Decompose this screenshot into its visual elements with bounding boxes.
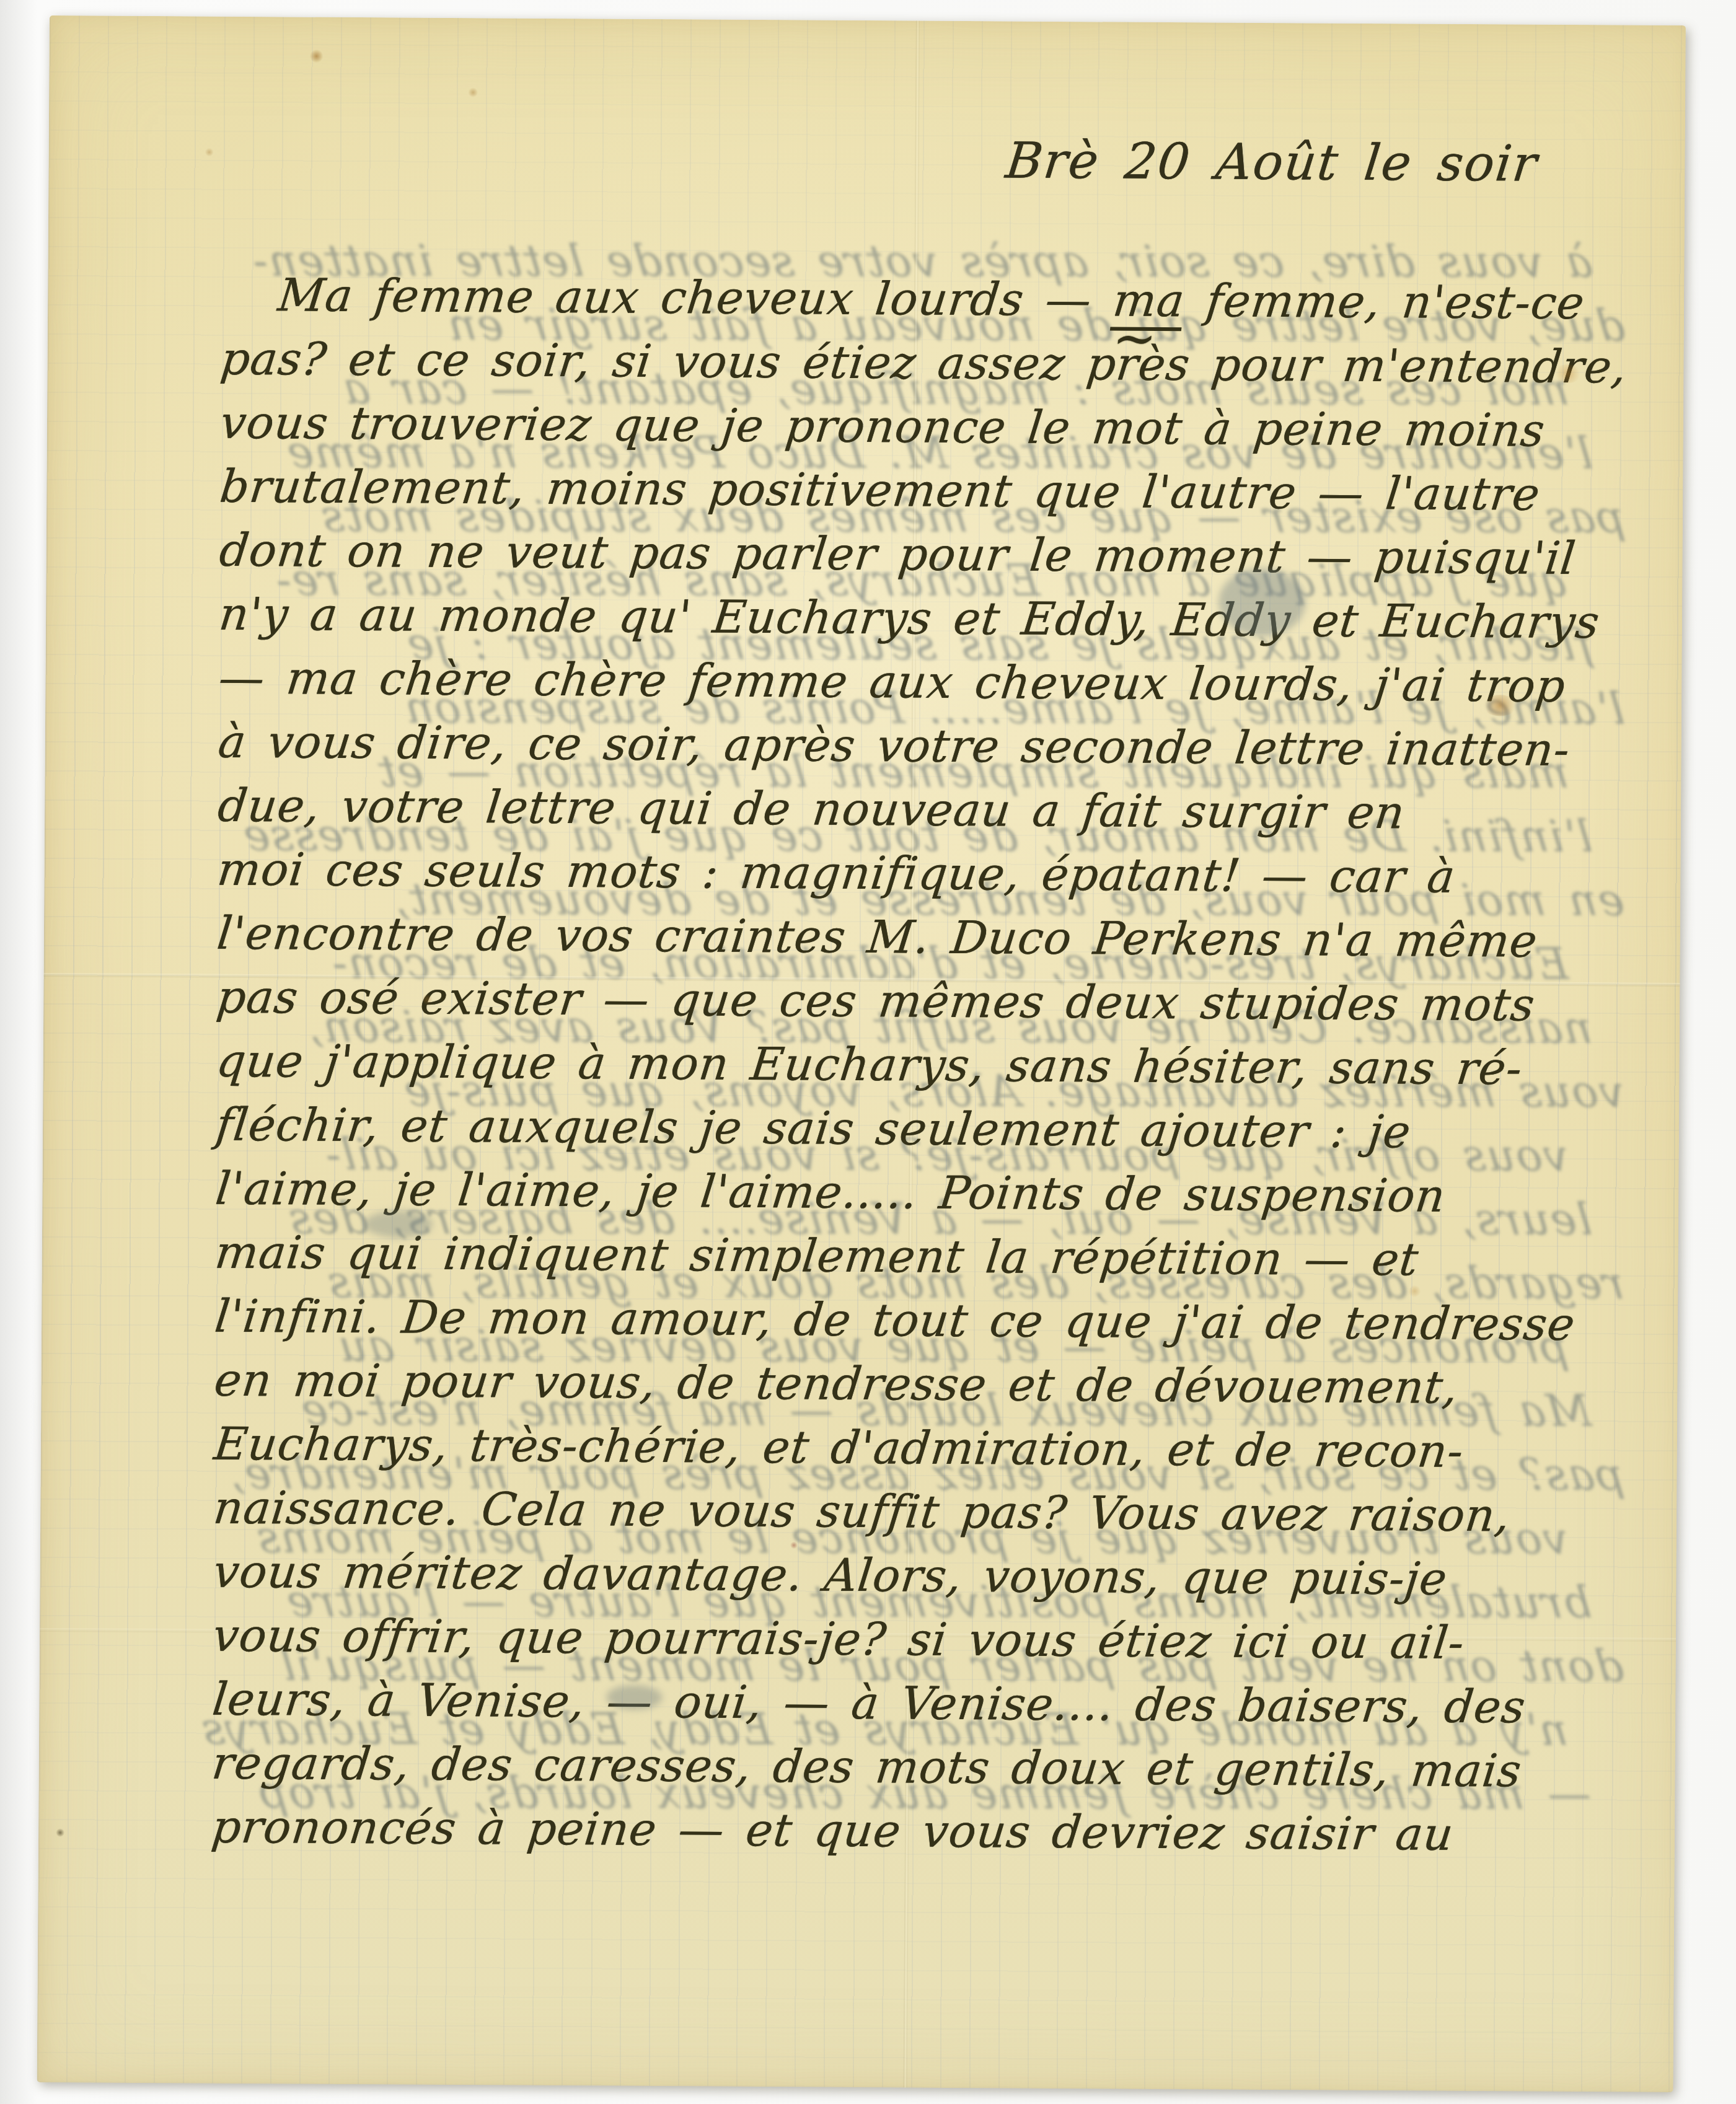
scan-background: { "colors": { "paper": "#ecdfae", "ink":…: [0, 0, 1736, 2104]
handwriting-line: l'aime, je l'aime, je l'aime..... Points…: [216, 1157, 1629, 1230]
handwriting-line: vous trouveriez que je prononce le mot à…: [221, 391, 1634, 464]
ink-speck: [56, 1828, 64, 1837]
foxing-stain: [310, 50, 324, 63]
handwriting-line: dont on ne veut pas parler pour le momen…: [219, 519, 1633, 591]
letter-page: à vous dire, ce soir, après votre second…: [37, 15, 1686, 2092]
handwriting-line: due, votre lettre qui de nouveau a fait …: [218, 774, 1632, 847]
handwriting-line: pas osé exister — que ces mêmes deux stu…: [217, 966, 1631, 1038]
handwriting-line: vous offrir, que pourrais-je? si vous ét…: [213, 1604, 1627, 1676]
foxing-stain: [468, 87, 478, 97]
handwriting-line: Eucharys, très-chérie, et d'admiration, …: [214, 1412, 1628, 1485]
dateline: Brè 20 Août le soir: [1003, 131, 1541, 192]
letter-body: Ma femme aux cheveux lourds — ma femme, …: [212, 263, 1635, 1868]
handwriting-line: prononcés à peine — et que vous devriez …: [212, 1795, 1626, 1868]
handwriting-line: n'y a au monde qu' Eucharys et Eddy, Edd…: [219, 583, 1633, 655]
handwriting-line: l'encontre de vos craintes M. Duco Perke…: [218, 902, 1631, 974]
handwriting-line: — ma chère chère femme aux cheveux lourd…: [219, 646, 1632, 719]
handwriting-line: mais qui indiquent simplement la répétit…: [215, 1221, 1629, 1293]
handwriting-line: brutalement, moins positivement que l'au…: [220, 455, 1634, 527]
underlined-word: ma: [1110, 275, 1187, 332]
handwriting-line: que j'applique à mon Eucharys, sans hési…: [216, 1029, 1630, 1102]
handwriting-line: leurs, à Venise, — oui, — à Venise.... d…: [213, 1668, 1626, 1740]
handwriting-line: Ma femme aux cheveux lourds — ma femme, …: [221, 263, 1635, 336]
handwriting-line: fléchir, et auxquels je sais seulement a…: [216, 1093, 1630, 1166]
handwriting-line: l'infini. De mon amour, de tout ce que j…: [215, 1285, 1629, 1357]
handwriting-line: moi ces seuls mots : magnifique, épatant…: [218, 838, 1631, 910]
handwriting-line: regards, des caresses, des mots doux et …: [212, 1732, 1626, 1804]
handwriting-line: pas? et ce soir, si vous étiez assez prè…: [221, 327, 1634, 400]
handwriting-line: à vous dire, ce soir, après votre second…: [219, 710, 1632, 783]
foxing-stain: [205, 148, 214, 157]
handwriting-line: en moi pour vous, de tendresse et de dév…: [214, 1349, 1628, 1421]
handwriting-line: naissance. Cela ne vous suffit pas? Vous…: [214, 1476, 1628, 1549]
handwriting-line: vous méritez davantage. Alors, voyons, q…: [213, 1540, 1627, 1613]
